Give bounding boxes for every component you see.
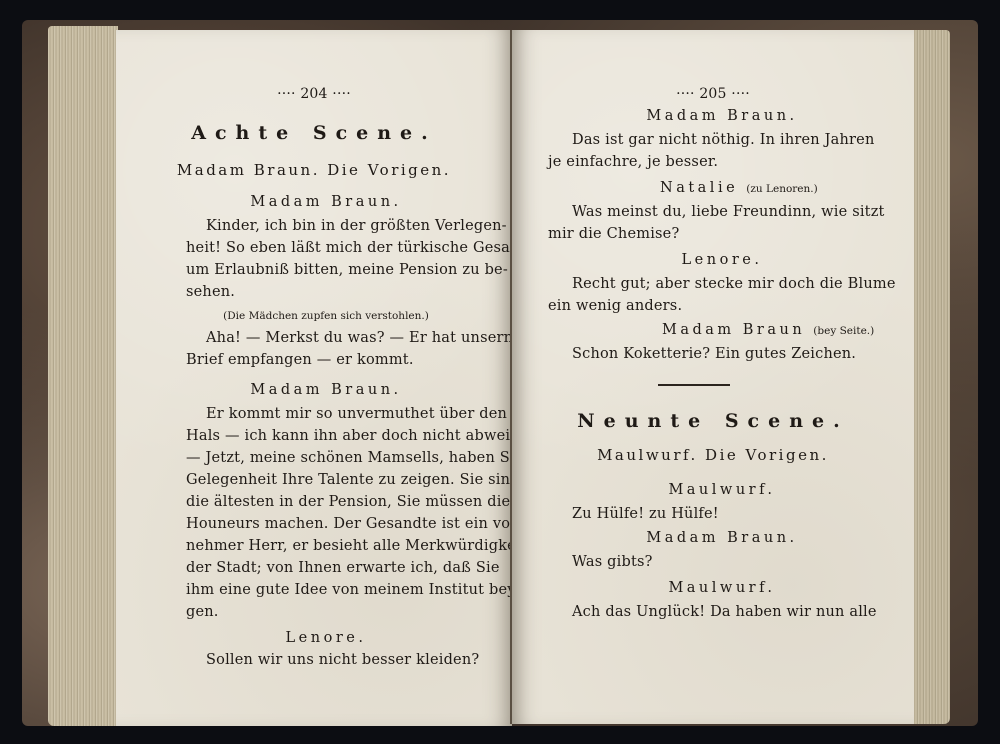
speaker-label: Natalie (zu Lenoren.): [660, 180, 818, 196]
speaker-label: Lenore.: [572, 252, 872, 268]
speaker-name: Natalie: [660, 180, 738, 196]
page-edges-left: [48, 26, 118, 726]
speaker-label: Madam Braun.: [572, 108, 872, 124]
dialogue-line: Recht gut; aber stecke mir doch die Blum…: [572, 276, 852, 292]
speaker-label: Maulwurf.: [572, 580, 872, 596]
dialogue-line: Schon Koketterie? Ein gutes Zeichen.: [572, 346, 856, 362]
dialogue-line: um Erlaubniß bitten, meine Pension zu be…: [186, 262, 488, 278]
dialogue-line: Brief empfangen — er kommt.: [186, 352, 414, 368]
speaker-label: Madam Braun (bey Seite.): [662, 322, 874, 338]
dialogue-line: nehmer Herr, er besieht alle Merkwürdigk…: [186, 538, 488, 554]
dialogue-line: ihm eine gute Idee von meinem Institut b…: [186, 582, 488, 598]
stage-direction: (zu Lenoren.): [746, 183, 817, 195]
dialogue-line: Das ist gar nicht nöthig. In ihren Jahre…: [572, 132, 852, 148]
stage-direction: (bey Seite.): [813, 325, 874, 337]
dialogue-line: sehen.: [186, 284, 235, 300]
dialogue-line: gen.: [186, 604, 219, 620]
dialogue-line: Kinder, ich bin in der größten Verlegen-: [206, 218, 488, 234]
dialogue-line: heit! So eben läßt mich der türkische Ge…: [186, 240, 488, 256]
dialogue-line: mir die Chemise?: [548, 226, 679, 242]
dialogue-line: Was gibts?: [572, 554, 653, 570]
speaker-label: Lenore.: [176, 630, 476, 646]
scene-title: Neunte Scene.: [512, 410, 914, 432]
dialogue-line: je einfachre, je besser.: [548, 154, 718, 170]
speaker-label: Maulwurf.: [572, 482, 872, 498]
scene-title: Achte Scene.: [116, 122, 512, 144]
speaker-label: Madam Braun.: [572, 530, 872, 546]
page-edges-right: [912, 30, 950, 724]
speaker-label: Madam Braun.: [176, 382, 476, 398]
page-number: ···· 204 ····: [116, 86, 512, 102]
page-205: ···· 205 ···· Madam Braun. Das ist gar n…: [512, 30, 914, 724]
speaker-label: Madam Braun.: [176, 194, 476, 210]
speaker-name: Madam Braun: [662, 322, 805, 338]
dialogue-line: ein wenig anders.: [548, 298, 682, 314]
dialogue-line: der Stadt; von Ihnen erwarte ich, daß Si…: [186, 560, 488, 576]
scene-cast: Maulwurf. Die Vorigen.: [512, 446, 914, 464]
scene-cast: Madam Braun. Die Vorigen.: [116, 161, 512, 179]
dialogue-line: Er kommt mir so unvermuthet über den: [206, 406, 488, 422]
stage-direction: (Die Mädchen zupfen sich verstohlen.): [176, 310, 476, 322]
dialogue-line: Houneurs machen. Der Gesandte ist ein vo…: [186, 516, 488, 532]
dialogue-line: Ach das Unglück! Da haben wir nun alle: [572, 604, 852, 620]
scene-divider-rule: [658, 384, 730, 386]
dialogue-line: die ältesten in der Pension, Sie müssen …: [186, 494, 488, 510]
page-204: ···· 204 ···· Achte Scene. Madam Braun. …: [116, 30, 512, 726]
dialogue-line: Hals — ich kann ihn aber doch nicht abwe…: [186, 428, 488, 444]
dialogue-line: Zu Hülfe! zu Hülfe!: [572, 506, 719, 522]
dialogue-line: Gelegenheit Ihre Talente zu zeigen. Sie …: [186, 472, 488, 488]
dialogue-line: Was meinst du, liebe Freundinn, wie sitz…: [572, 204, 852, 220]
page-number: ···· 205 ····: [512, 86, 914, 102]
dialogue-line: — Jetzt, meine schönen Mamsells, haben S…: [186, 450, 488, 466]
dialogue-line: Aha! — Merkst du was? — Er hat unsern: [206, 330, 488, 346]
dialogue-line: Sollen wir uns nicht besser kleiden?: [206, 652, 479, 668]
